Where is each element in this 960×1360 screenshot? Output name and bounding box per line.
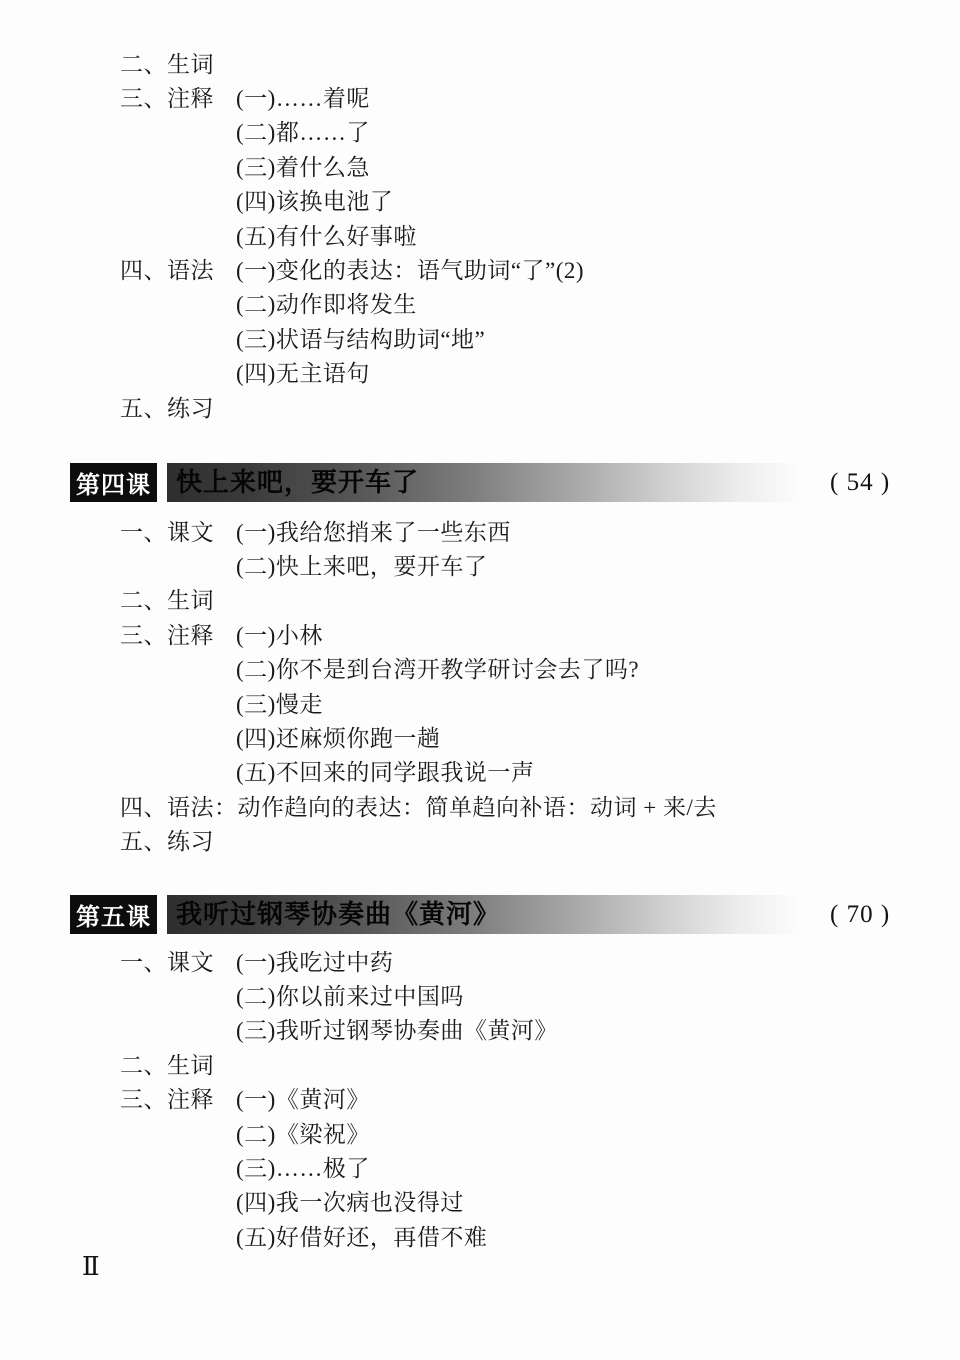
toc-row: (四)该换电池了 (120, 183, 930, 217)
toc-row: 三、注释(一)小林 (120, 616, 930, 650)
toc-item-label: 二、生词 (120, 1047, 236, 1080)
toc-item-label: 二、生词 (120, 582, 236, 615)
toc-subitem: (二)快上来吧，要开车了 (236, 548, 487, 581)
toc-subitem: (一)我吃过中药 (236, 944, 393, 977)
toc-row: (五)不回来的同学跟我说一声 (120, 754, 930, 788)
lesson-4-header: 第四课 快上来吧，要开车了 ( 54 ) (70, 463, 960, 502)
toc-subitem: (三)着什么急 (236, 149, 370, 182)
folio-page-number: Ⅱ (82, 1252, 100, 1282)
toc-item-label: 五、练习 (120, 823, 236, 856)
toc-subitem: (一)……着呢 (236, 80, 370, 113)
lesson-title-bar: 我听过钢琴协奏曲《黄河》 (167, 895, 800, 934)
lesson-number-badge: 第五课 (70, 895, 157, 934)
toc-row: (三)状语与结构助词“地” (120, 320, 930, 354)
toc-row: 二、生词 (120, 1046, 930, 1080)
toc-subitem: (一)变化的表达：语气助词“了”(2) (236, 252, 584, 285)
toc-item-label: 三、注释 (120, 617, 236, 650)
toc-subitem: (三)我听过钢琴协奏曲《黄河》 (236, 1012, 558, 1045)
toc-row: (二)都……了 (120, 114, 930, 148)
lesson-number-badge: 第四课 (70, 463, 157, 502)
toc-row: (三)我听过钢琴协奏曲《黄河》 (120, 1012, 930, 1046)
toc-row: 二、生词 (120, 582, 930, 616)
toc-subitem: (二)动作即将发生 (236, 286, 417, 319)
toc-row: 一、课文(一)我给您捎来了一些东西 (120, 513, 930, 547)
toc-subitem: (二)《梁祝》 (236, 1116, 370, 1149)
toc-row: 五、练习 (120, 389, 930, 423)
toc-item-label: 三、注释 (120, 1081, 236, 1114)
toc-item-label: 四、语法 (120, 252, 236, 285)
toc-section-previous-lesson: 二、生词三、注释(一)……着呢(二)都……了(三)着什么急(四)该换电池了(五)… (120, 45, 930, 423)
toc-row: (三)着什么急 (120, 148, 930, 182)
toc-subitem: (一)小林 (236, 617, 323, 650)
toc-subitem: (五)不回来的同学跟我说一声 (236, 754, 534, 787)
lesson-page-number: ( 70 ) (830, 895, 890, 934)
toc-row: (五)好借好还，再借不难 (120, 1218, 930, 1252)
toc-subitem: (三)状语与结构助词“地” (236, 321, 485, 354)
toc-row: 二、生词 (120, 45, 930, 79)
toc-subitem: (四)该换电池了 (236, 183, 393, 216)
lesson-title-bar: 快上来吧，要开车了 (167, 463, 800, 502)
toc-item-label: 一、课文 (120, 514, 236, 547)
lesson-page-number: ( 54 ) (830, 463, 890, 502)
toc-row: (四)我一次病也没得过 (120, 1184, 930, 1218)
toc-subitem: (四)还麻烦你跑一趟 (236, 720, 440, 753)
toc-subitem: (三)慢走 (236, 686, 323, 719)
toc-page: 二、生词三、注释(一)……着呢(二)都……了(三)着什么急(四)该换电池了(五)… (0, 0, 960, 1360)
toc-section-lesson-4: 一、课文(一)我给您捎来了一些东西(二)快上来吧，要开车了二、生词三、注释(一)… (120, 513, 930, 857)
toc-subitem: (一)我给您捎来了一些东西 (236, 514, 511, 547)
toc-row: 三、注释(一)《黄河》 (120, 1081, 930, 1115)
toc-subitem: (二)你不是到台湾开教学研讨会去了吗? (236, 651, 639, 684)
toc-row: (四)还麻烦你跑一趟 (120, 719, 930, 753)
toc-subitem: (四)我一次病也没得过 (236, 1184, 464, 1217)
toc-item-label: 四、语法：动作趋向的表达：简单趋向补语：动词 + 来/去 (120, 789, 717, 822)
toc-row: (二)动作即将发生 (120, 286, 930, 320)
toc-row: (二)你以前来过中国吗 (120, 977, 930, 1011)
toc-row: 五、练习 (120, 823, 930, 857)
toc-row: (二)《梁祝》 (120, 1115, 930, 1149)
toc-item-label: 三、注释 (120, 80, 236, 113)
lesson-5-header: 第五课 我听过钢琴协奏曲《黄河》 ( 70 ) (70, 895, 960, 934)
toc-row: (三)……极了 (120, 1149, 930, 1183)
toc-row: (四)无主语句 (120, 355, 930, 389)
toc-row: (二)快上来吧，要开车了 (120, 547, 930, 581)
toc-row: 四、语法(一)变化的表达：语气助词“了”(2) (120, 251, 930, 285)
lesson-title: 我听过钢琴协奏曲《黄河》 (167, 895, 500, 934)
toc-row: 三、注释(一)……着呢 (120, 79, 930, 113)
toc-section-lesson-5: 一、课文(一)我吃过中药(二)你以前来过中国吗(三)我听过钢琴协奏曲《黄河》二、… (120, 943, 930, 1253)
toc-row: (五)有什么好事啦 (120, 217, 930, 251)
toc-item-label: 一、课文 (120, 944, 236, 977)
toc-item-label: 二、生词 (120, 46, 236, 79)
lesson-title: 快上来吧，要开车了 (167, 463, 419, 502)
toc-row: (二)你不是到台湾开教学研讨会去了吗? (120, 651, 930, 685)
toc-row: 四、语法：动作趋向的表达：简单趋向补语：动词 + 来/去 (120, 788, 930, 822)
toc-subitem: (三)……极了 (236, 1150, 370, 1183)
toc-item-label: 五、练习 (120, 390, 236, 423)
toc-subitem: (五)有什么好事啦 (236, 218, 417, 251)
toc-row: 一、课文(一)我吃过中药 (120, 943, 930, 977)
toc-subitem: (二)都……了 (236, 114, 370, 147)
toc-subitem: (五)好借好还，再借不难 (236, 1219, 487, 1252)
toc-subitem: (二)你以前来过中国吗 (236, 978, 464, 1011)
toc-subitem: (一)《黄河》 (236, 1081, 370, 1114)
toc-subitem: (四)无主语句 (236, 355, 370, 388)
toc-row: (三)慢走 (120, 685, 930, 719)
